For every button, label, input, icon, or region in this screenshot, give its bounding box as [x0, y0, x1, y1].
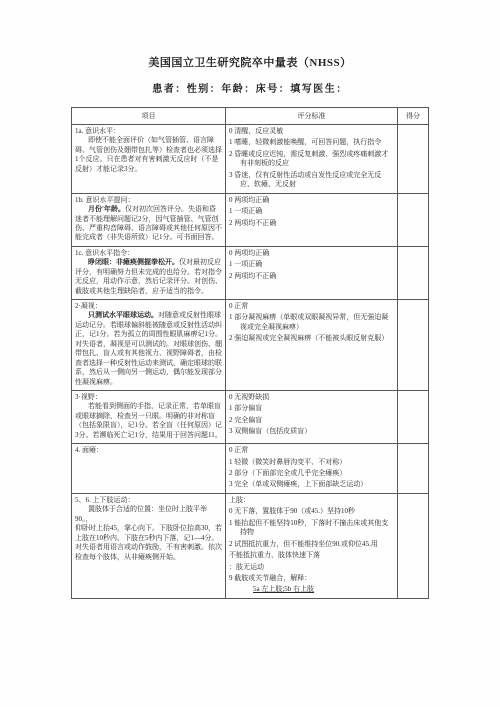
criteria-line: 不能抵抗重力，肢体快速下落: [229, 551, 394, 560]
item-label: 3·视野：: [75, 393, 222, 402]
document-page: 美国国立卫生研究院卒中量表（NHSS） 患者：性别：年龄：床号：填写医生： 项目…: [0, 0, 500, 707]
table-row-2-gaze: 2·凝视： 只测试水平眼球运动。对随意或反射性眼球运动记分。若眼球偏斜能被随意或…: [72, 300, 429, 391]
table-row-1b: 1b. 意识水平提问： 月份'年龄。仅对初次回答评分。失语和昏迷者不能理解问题记…: [72, 193, 429, 246]
item-bold-intro: 只测试水平眼球运动。: [88, 311, 158, 319]
criteria-line: 3 昏迷，仅有反射性活动或自发性反应或完全无反应、软瘫、无反射: [229, 171, 394, 190]
criteria-line: 0 正常: [229, 446, 394, 455]
criteria-line: 1 一项正确: [229, 207, 394, 216]
criteria-cell: 上肢： 0 无下落，置肢体于90（或45.）坚持10秒 1 能抬起但不能坚持10…: [226, 493, 398, 598]
item-label: 5、6. 上下肢运动：: [75, 496, 222, 505]
criteria-line: 上肢：: [229, 496, 394, 505]
item-bold-intro: 月份'年龄。: [88, 205, 125, 213]
criteria-line: 2 强迫凝视或完全凝视麻痹（不能被头眼反射克服）: [229, 334, 394, 343]
criteria-line: 1 部分凝视麻痹（单眼或双眼凝视异常，但无强迫凝视或完全凝视麻痹）: [229, 313, 394, 332]
item-cell: 1b. 意识水平提问： 月份'年龄。仅对初次回答评分。失语和昏迷者不能理解问题记…: [72, 193, 226, 246]
score-cell: [398, 493, 429, 598]
criteria-line-arm-labels: 5a 左上肢;5b 右上肢: [229, 585, 394, 594]
item-description: 若能看到侧面的手指，记录正常，若单眼盲或眼球摘除，检查另一只眼。明确的非对称盲（…: [75, 402, 222, 438]
criteria-cell: 0 正常 1 轻微（微笑时鼻唇沟变平、不对称） 2 部分（下面部完全或几乎完全瘫…: [226, 444, 398, 494]
criteria-line: 0 两项均正确: [229, 196, 394, 205]
criteria-line: 0 无视野缺损: [229, 393, 394, 402]
criteria-line: ：肢无运动: [229, 563, 394, 572]
criteria-line: 1 部分偏盲: [229, 404, 394, 413]
table-row-1c: 1c. 意识水平指令： 睁闭眼：非瘫痪侧握拳松开。仅对最初反应评分，有明确努力但…: [72, 246, 429, 299]
criteria-line: 1 能抬起但不能坚持10秒，下落时不撞击床或其他支持物: [229, 519, 394, 538]
item-description: 即使不能全面评价（如气管插管、语言障碍、气管创伤及绷带包扎等）检查者也必须选择1…: [75, 136, 222, 172]
criteria-line: 2 部分（下面部完全或几乎完全瘫痪）: [229, 469, 394, 478]
score-cell: [398, 246, 429, 299]
table-header-row: 项目 评分标准 得分: [72, 108, 429, 125]
item-description-2: 仰卧时上抬45，掌心向下。下肢卧位抬高30，若上肢在10秒内、下肢在5秒内下落，…: [75, 524, 222, 562]
patient-info-line: 患者：性别：年龄：床号：填写医生：: [0, 80, 500, 95]
item-cell: 2·凝视： 只测试水平眼球运动。对随意或反射性眼球运动记分。若眼球偏斜能被随意或…: [72, 300, 226, 391]
score-cell: [398, 300, 429, 391]
item-label: 4. 面瘫：: [75, 446, 222, 455]
nhss-score-table: 项目 评分标准 得分 1a. 意识水平： 即使不能全面评价（如气管插管、语言障碍…: [71, 107, 429, 599]
column-header-criteria: 评分标准: [226, 108, 398, 125]
item-cell: 5、6. 上下肢运动： 置肢体于合适的位置：坐位时上肢平举90。， 仰卧时上抬4…: [72, 493, 226, 598]
item-cell: 4. 面瘫：: [72, 444, 226, 494]
item-cell: 1a. 意识水平： 即使不能全面评价（如气管插管、语言障碍、气管创伤及绷带包扎等…: [72, 125, 226, 194]
column-header-score: 得分: [398, 108, 429, 125]
table-row-3-visual-field: 3·视野： 若能看到侧面的手指，记录正常，若单眼盲或眼球摘除，检查另一只眼。明确…: [72, 390, 429, 443]
item-cell: 1c. 意识水平指令： 睁闭眼：非瘫痪侧握拳松开。仅对最初反应评分，有明确努力但…: [72, 246, 226, 299]
criteria-line: 0 两项均正确: [229, 249, 394, 258]
item-bold-intro: 睁闭眼：非瘫痪侧握拳松开。: [88, 258, 179, 266]
criteria-line: 9 截肢或关节融合，解释：: [229, 574, 394, 583]
criteria-line: 0 正常: [229, 302, 394, 311]
criteria-line: 3 完全（单或双侧瘫痪，上下面部缺乏运动）: [229, 480, 394, 489]
item-description: 对随意或反射性眼球运动记分。若眼球偏斜能被随意或反射性活动纠正，记1分。若为孤立…: [75, 311, 222, 385]
criteria-cell: 0 正常 1 部分凝视麻痹（单眼或双眼凝视异常，但无强迫凝视或完全凝视麻痹） 2…: [226, 300, 398, 391]
item-cell: 3·视野： 若能看到侧面的手指，记录正常，若单眼盲或眼球摘除，检查另一只眼。明确…: [72, 390, 226, 443]
table-row-4-facial-palsy: 4. 面瘫： 0 正常 1 轻微（微笑时鼻唇沟变平、不对称） 2 部分（下面部完…: [72, 444, 429, 494]
score-cell: [398, 193, 429, 246]
criteria-line: 0 清醒，反应灵敏: [229, 127, 394, 136]
item-label: 1c. 意识水平指令：: [75, 249, 222, 258]
criteria-line: 2 完全偏盲: [229, 416, 394, 425]
criteria-line: 0 无下落，置肢体于90（或45.）坚持10秒: [229, 507, 394, 516]
item-label: 1b. 意识水平提问：: [75, 196, 222, 205]
table-row-1a: 1a. 意识水平： 即使不能全面评价（如气管插管、语言障碍、气管创伤及绷带包扎等…: [72, 125, 429, 194]
criteria-line: 2 试图抵抗重力，但不能维持坐位90.或仰位45.用: [229, 540, 394, 549]
criteria-cell: 0 清醒，反应灵敏 1 嗜睡，轻微刺激能唤醒，可回答问题，执行指令 2 昏睡或反…: [226, 125, 398, 194]
criteria-cell: 0 两项均正确 1 一项正确 2 两项均不正确: [226, 246, 398, 299]
criteria-line: 2 两项均不正确: [229, 272, 394, 281]
criteria-line: 3 双侧偏盲（包括皮质盲）: [229, 427, 394, 436]
score-cell: [398, 390, 429, 443]
score-cell: [398, 444, 429, 494]
item-description: 置肢体于合适的位置：坐位时上肢平举90。，: [75, 505, 207, 522]
criteria-cell: 0 两项均正确 1 一项正确 2 两项均不正确: [226, 193, 398, 246]
criteria-line: 2 昏睡或反应迟钝，需反复刺激、强烈或疼痛刺激才有非刻板的反应: [229, 150, 394, 169]
column-header-item: 项目: [72, 108, 226, 125]
table-row-5-6-limb-motor: 5、6. 上下肢运动： 置肢体于合适的位置：坐位时上肢平举90。， 仰卧时上抬4…: [72, 493, 429, 598]
document-title: 美国国立卫生研究院卒中量表（NHSS）: [0, 54, 500, 70]
criteria-line: 2 两项均不正确: [229, 219, 394, 228]
score-cell: [398, 125, 429, 194]
criteria-line: 1 嗜睡，轻微刺激能唤醒，可回答问题，执行指令: [229, 138, 394, 147]
criteria-cell: 0 无视野缺损 1 部分偏盲 2 完全偏盲 3 双侧偏盲（包括皮质盲）: [226, 390, 398, 443]
criteria-line: 1 轻微（微笑时鼻唇沟变平、不对称）: [229, 458, 394, 467]
criteria-line: 1 一项正确: [229, 260, 394, 269]
